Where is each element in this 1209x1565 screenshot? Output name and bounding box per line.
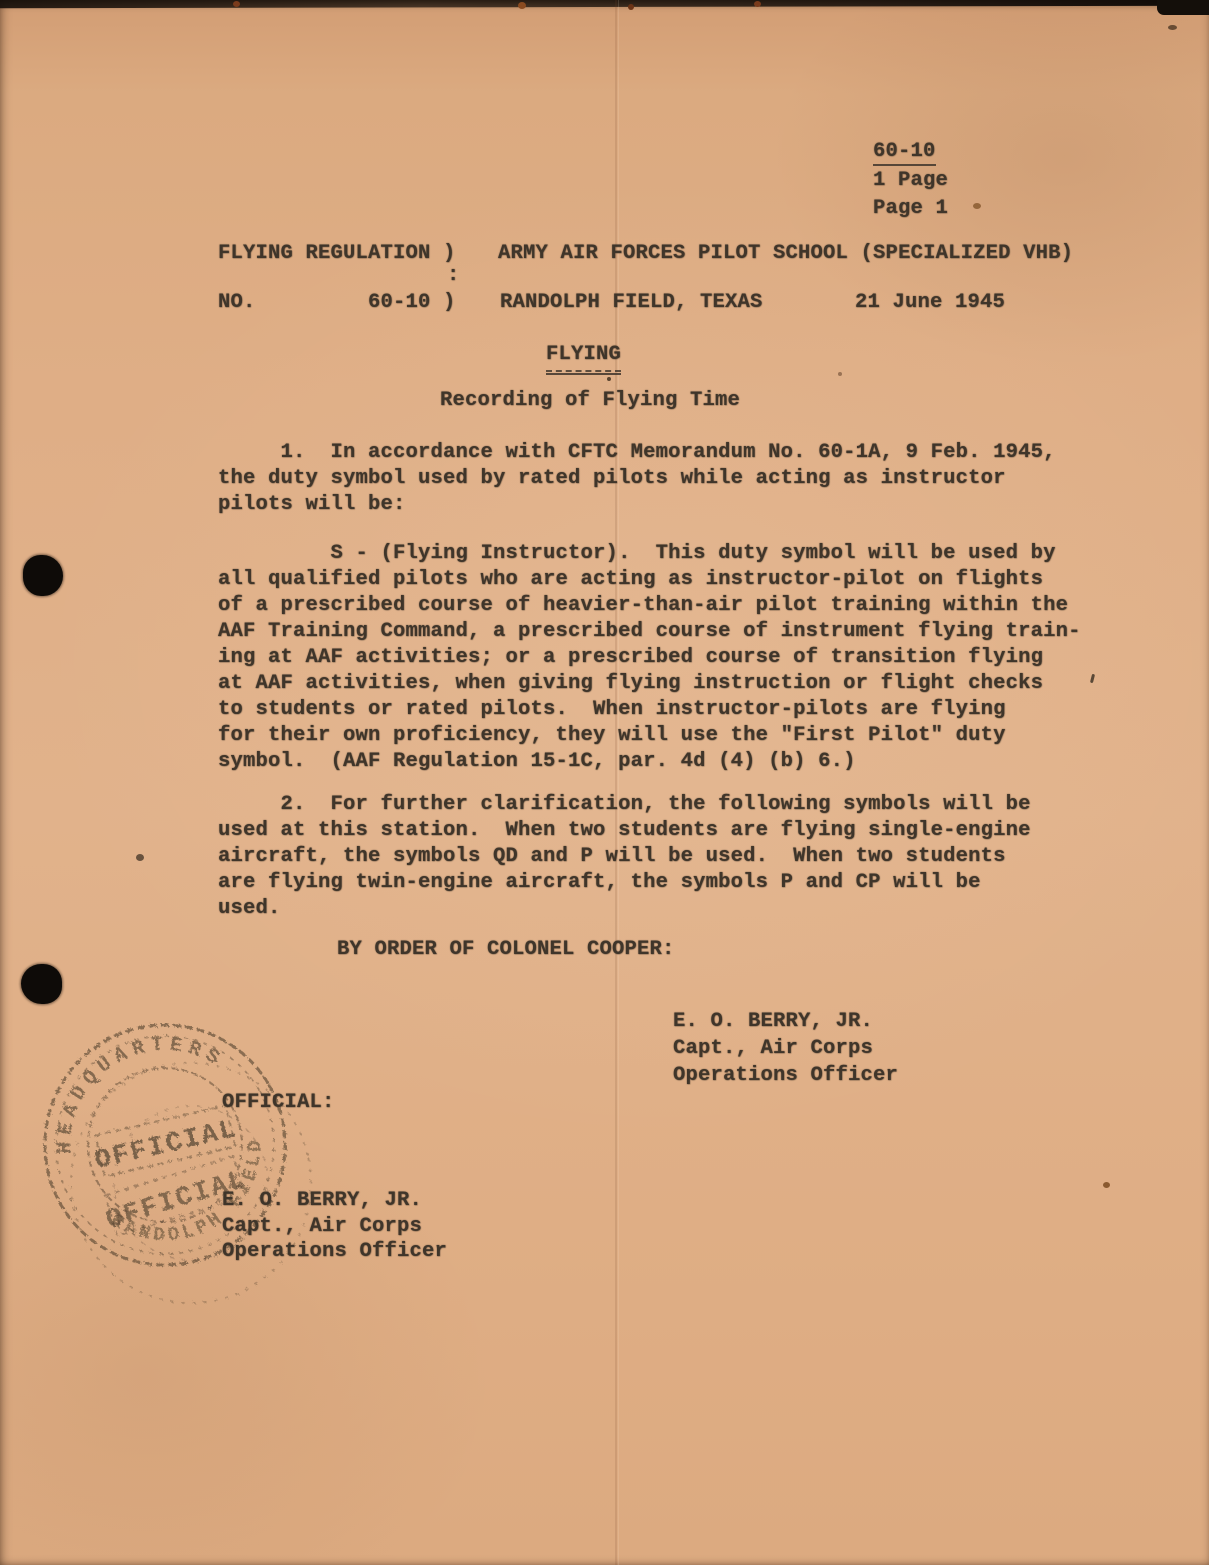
paper-speck (628, 4, 634, 10)
signature-left-title: Operations Officer (222, 1240, 447, 1263)
stamp-official-box-1: OFFICIAL (90, 1104, 241, 1178)
signature-block-left: E. O. BERRY, JR. Capt., Air Corps Operat… (222, 1188, 447, 1265)
header-date: 21 June 1945 (855, 290, 1005, 316)
header-right-line2: RANDOLPH FIELD, TEXAS (500, 290, 763, 316)
header-right-line1: ARMY AIR FORCES PILOT SCHOOL (SPECIALIZE… (498, 241, 1073, 267)
header-colon: : (447, 263, 460, 289)
signature-right-name: E. O. BERRY, JR. (673, 1010, 873, 1033)
header-left-line2: NO. 60-10 ) (218, 290, 456, 316)
header-left-line1: FLYING REGULATION ) (218, 241, 456, 267)
order-line: BY ORDER OF COLONEL COOPER: (337, 937, 675, 963)
doc-ref-number: 60-10 (873, 140, 936, 166)
signature-right-rank: Capt., Air Corps (673, 1037, 873, 1060)
paragraph-2: 2. For further clarification, the follow… (218, 792, 1031, 922)
page-title-text: FLYING (546, 342, 621, 375)
paper-speck (754, 1, 761, 7)
paragraph-s-flying-instructor: S - (Flying Instructor). This duty symbo… (218, 541, 1081, 775)
hole-punch-top (23, 555, 63, 596)
doc-ref-page: Page 1 (873, 197, 948, 220)
official-label: OFFICIAL: (222, 1090, 335, 1116)
doc-ref-pages: 1 Page (873, 169, 948, 192)
scan-edge-corner (1157, 0, 1209, 15)
page-title: FLYING (546, 342, 621, 375)
paper-speck (233, 1, 240, 7)
paragraph-1: 1. In accordance with CFTC Memorandum No… (218, 440, 1056, 518)
scan-edge-top (0, 0, 1209, 8)
paper-speck (1090, 674, 1095, 683)
paper-speck (838, 372, 842, 376)
scanned-document-page: 60-10 1 Page Page 1 FLYING REGULATION ) … (0, 0, 1209, 1565)
fold-crease (615, 0, 617, 1565)
paper-speck (1168, 25, 1177, 30)
paper-speck (136, 854, 144, 861)
paper-speck (607, 377, 611, 381)
doc-ref-block: 60-10 1 Page Page 1 (873, 138, 948, 224)
paper-speck (1103, 1182, 1110, 1188)
paper-speck (973, 203, 981, 209)
paper-speck (518, 2, 526, 9)
fold-crease-highlight (618, 0, 619, 1565)
signature-block-right: E. O. BERRY, JR. Capt., Air Corps Operat… (673, 1008, 898, 1089)
page-subtitle: Recording of Flying Time (440, 388, 740, 414)
signature-left-name: E. O. BERRY, JR. (222, 1189, 422, 1212)
stamp-official-text-1: OFFICIAL (92, 1115, 241, 1177)
signature-left-rank: Capt., Air Corps (222, 1215, 422, 1238)
signature-right-title: Operations Officer (673, 1064, 898, 1087)
